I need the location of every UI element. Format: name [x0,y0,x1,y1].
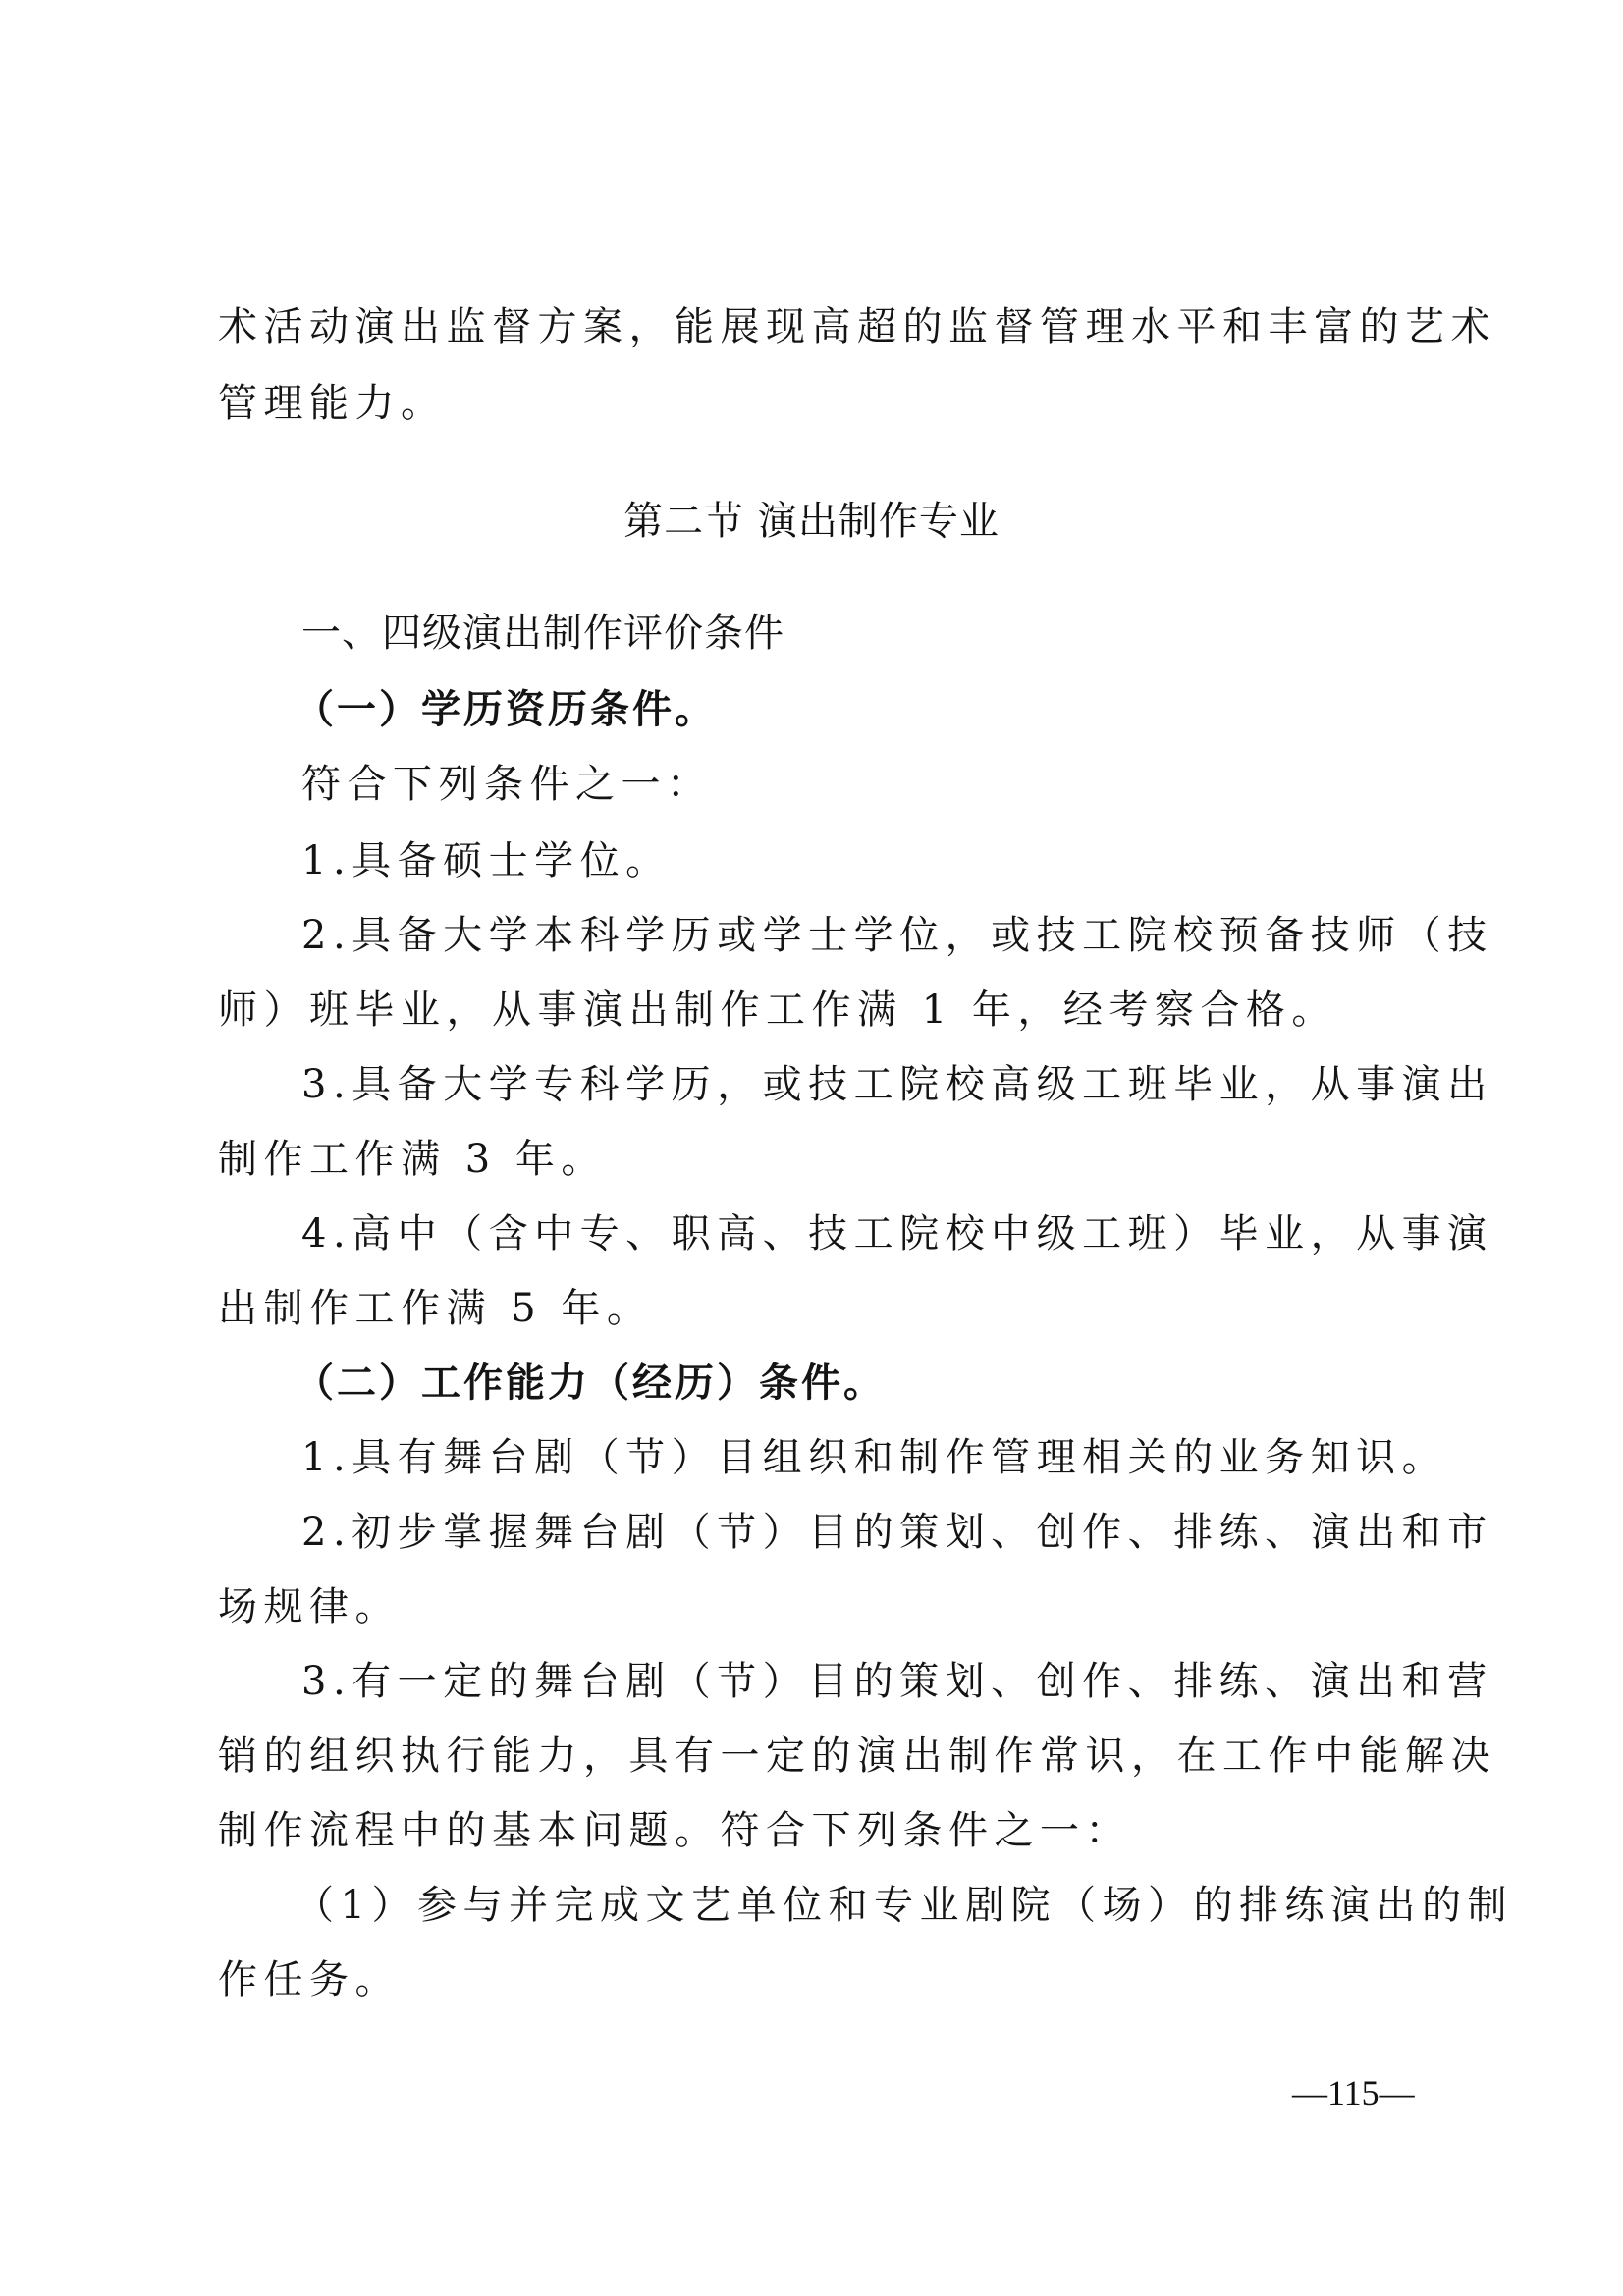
subsection-2-title: （二）工作能力（经历）条件。 [295,1359,1502,1408]
ability-subitem-1-line-2: 作任务。 [218,1955,1426,2004]
edu-item-3-line-1: 3.具备大学专科学历，或技工院校高级工班毕业，从事演出 [301,1060,1509,1109]
paragraph-continuation-line-2: 管理能力。 [218,379,1426,428]
edu-item-4-line-2: 出制作工作满 5 年。 [218,1284,1426,1333]
subsection-1-intro: 符合下列条件之一： [301,760,1509,809]
document-page: 术活动演出监督方案，能展现高超的监督管理水平和丰富的艺术 管理能力。 第二节 演… [0,0,1623,2296]
edu-item-4-line-1: 4.高中（含中专、职高、技工院校中级工班）毕业，从事演 [301,1209,1509,1258]
paragraph-continuation-line-1: 术活动演出监督方案，能展现高超的监督管理水平和丰富的艺术 [218,302,1426,351]
section-title: 第二节 演出制作专业 [0,497,1623,546]
edu-item-2-line-2: 师）班毕业，从事演出制作工作满 1 年，经考察合格。 [218,986,1426,1035]
edu-item-2-line-1: 2.具备大学本科学历或学士学位，或技工院校预备技师（技 [301,911,1509,960]
ability-item-3-line-2: 销的组织执行能力，具有一定的演出制作常识，在工作中能解决 [218,1732,1426,1781]
subsection-1-title: （一）学历资历条件。 [295,685,1502,734]
edu-item-1-line-1: 1.具备硕士学位。 [301,836,1509,885]
heading-level-1: 一、四级演出制作评价条件 [301,609,1509,658]
edu-item-3-line-2: 制作工作满 3 年。 [218,1135,1426,1184]
ability-item-2-line-1: 2.初步掌握舞台剧（节）目的策划、创作、排练、演出和市 [301,1508,1509,1557]
ability-item-2-line-2: 场规律。 [218,1582,1426,1631]
ability-item-1-line-1: 1.具有舞台剧（节）目组织和制作管理相关的业务知识。 [301,1433,1509,1482]
ability-item-3-line-3: 制作流程中的基本问题。符合下列条件之一： [218,1806,1426,1855]
page-number: —115— [1292,2073,1415,2112]
ability-subitem-1-line-1: （1）参与并完成文艺单位和专业剧院（场）的排练演出的制 [295,1881,1502,1930]
ability-item-3-line-1: 3.有一定的舞台剧（节）目的策划、创作、排练、演出和营 [301,1657,1509,1706]
